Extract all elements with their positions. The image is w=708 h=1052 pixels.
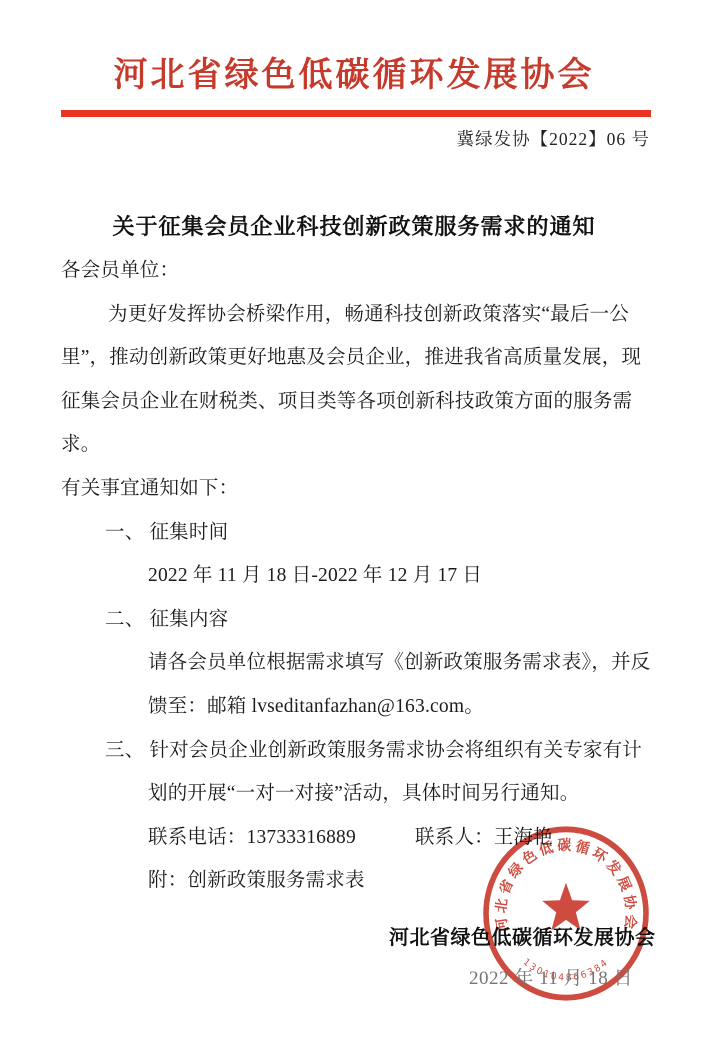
signature-org-name: 河北省绿色低碳循环发展协会: [389, 921, 656, 950]
attachment-line: 附：创新政策服务需求表: [61, 859, 655, 903]
letterhead-org-name: 河北省绿色低碳循环发展协会: [0, 47, 708, 96]
contact-phone-person-line: 联系电话：13733316889 联系人：王海艳: [61, 816, 655, 860]
document-number: 冀绿发协【2022】06 号: [457, 126, 650, 151]
collection-period: 2022 年 11 月 18 日-2022 年 12 月 17 日: [61, 554, 655, 598]
signature-date: 2022 年 11 月 18 日: [469, 963, 633, 990]
notice-body: 各会员单位： 为更好发挥协会桥梁作用，畅通科技创新政策落实“最后一公 里”，推动…: [61, 249, 655, 903]
body-line: 划的开展“一对一对接”活动，具体时间另行通知。: [61, 772, 655, 816]
notice-title: 关于征集会员企业科技创新政策服务需求的通知: [0, 210, 708, 241]
letterhead-rule: [61, 110, 651, 117]
body-line: 里”，推动创新政策更好地惠及会员企业，推进我省高质量发展，现: [61, 336, 655, 380]
body-line: 有关事宜通知如下：: [61, 467, 655, 511]
section-1-heading: 一、 征集时间: [61, 511, 655, 555]
section-2-heading: 二、 征集内容: [61, 598, 655, 642]
body-line: 征集会员企业在财税类、项目类等各项创新科技政策方面的服务需求。: [61, 380, 655, 467]
section-3-heading: 三、 针对会员企业创新政策服务需求协会将组织有关专家有计: [61, 729, 655, 773]
body-line: 请各会员单位根据需求填写《创新政策服务需求表》，并反: [61, 641, 655, 685]
body-line: 为更好发挥协会桥梁作用，畅通科技创新政策落实“最后一公: [61, 293, 655, 337]
salutation: 各会员单位：: [61, 249, 655, 293]
contact-email-line: 馈至：邮箱 lvseditanfazhan@163.com。: [61, 685, 655, 729]
document-page: 河北省绿色低碳循环发展协会 冀绿发协【2022】06 号 关于征集会员企业科技创…: [0, 0, 708, 1052]
